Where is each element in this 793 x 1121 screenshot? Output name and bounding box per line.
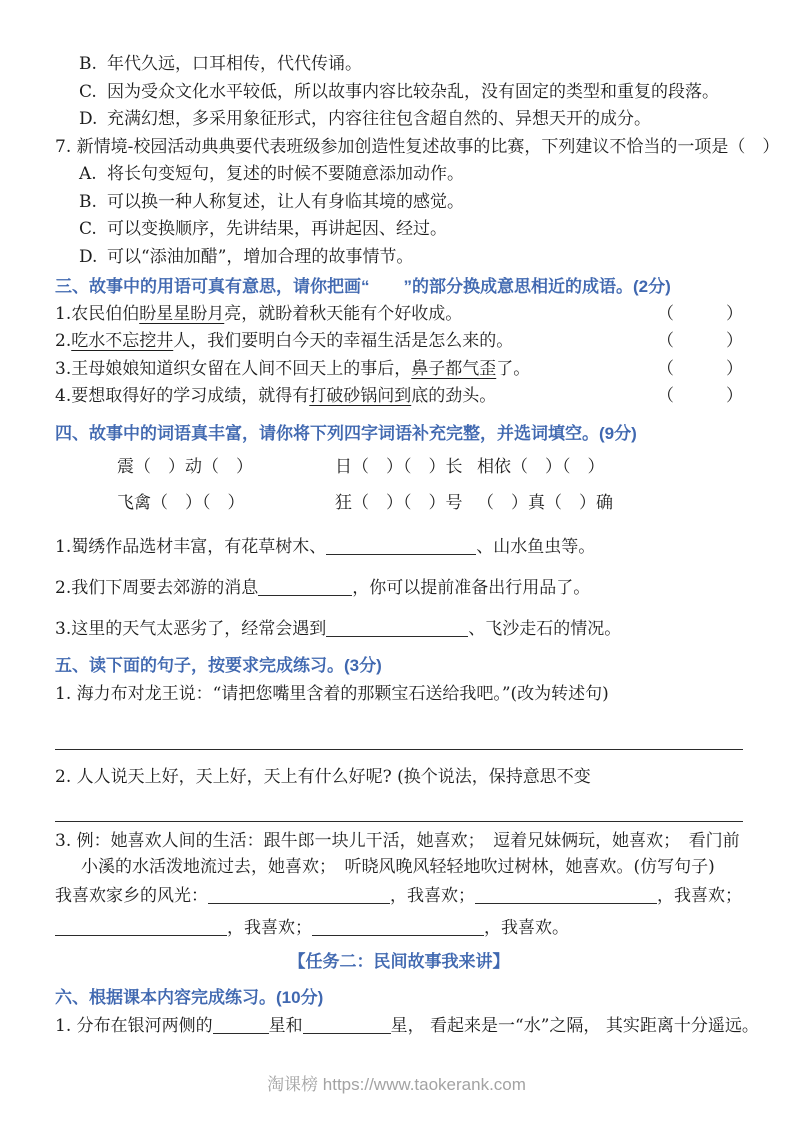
- word-slot: 飞禽（ ）（ ）: [117, 485, 335, 521]
- answer-parens: （）: [657, 328, 743, 356]
- option-text: 充满幻想，多采用象征形式，内容往往包含超自然的、异想天开的成分。: [107, 106, 651, 134]
- answer-blank: [475, 890, 657, 904]
- option-label: A.: [79, 161, 107, 189]
- option-text: 可以换一种人称复述，让人有身临其境的感觉。: [107, 189, 464, 217]
- underlined-phrase: 打破砂锅问到: [309, 386, 411, 406]
- mimic-sep: ，我喜欢；: [227, 918, 312, 938]
- option-label: C.: [79, 79, 107, 107]
- footer-watermark: 淘课榜 https://www.taokerank.com: [0, 1070, 793, 1095]
- answer-blank: [55, 922, 227, 936]
- section5-item-1: 1. 海力布对龙王说：“请把您嘴里含着的那颗宝石送给我吧。”(改为转述句): [55, 681, 743, 709]
- answer-parens: （）: [657, 301, 743, 329]
- section3-item-3: 3.王母娘娘知道织女留在人间不回天上的事后，鼻子都气歪了。 （）: [55, 356, 743, 384]
- q6-option-d: D. 充满幻想，多采用象征形式，内容往往包含超自然的、异想天开的成分。: [55, 106, 743, 134]
- worksheet-content: B. 年代久远，口耳相传，代代传诵。 C. 因为受众文化水平较低，所以故事内容比…: [0, 0, 793, 1041]
- option-text: 可以“添油加醋”，增加合理的故事情节。: [107, 244, 413, 272]
- section5-item-2: 2. 人人说天上好，天上好，天上有什么好呢? (换个说法，保持意思不变: [55, 764, 743, 792]
- answer-blank: [208, 890, 390, 904]
- item-number: 3.: [55, 619, 71, 639]
- answer-line: [55, 821, 743, 822]
- section4-fill-3: 3.这里的天气太恶劣了，经常会遇到、飞沙走石的情况。: [55, 616, 743, 644]
- option-label: D.: [79, 244, 107, 272]
- paren-close: ）: [726, 328, 743, 356]
- section3-item-4: 4.要想取得好的学习成绩，就得有打破砂锅问到底的劲头。 （）: [55, 383, 743, 411]
- option-text: 年代久远，口耳相传，代代传诵。: [107, 51, 362, 79]
- sentence-post: 人，我们要明白今天的幸福生活是怎么来的。: [173, 331, 513, 351]
- fill-mid: 星和: [269, 1016, 303, 1036]
- task2-banner: 【任务二：民间故事我来讲】: [55, 948, 743, 976]
- underlined-phrase: 鼻子都气歪: [411, 359, 496, 379]
- word-slot: 狂（ ）（ ）号: [335, 485, 477, 521]
- mimic-line-2: ，我喜欢；，我喜欢。: [55, 915, 743, 943]
- option-text: 因为受众文化水平较低，所以故事内容比较杂乱，没有固定的类型和重复的段落。: [107, 79, 719, 107]
- paren-open: （: [657, 328, 674, 356]
- word-grid-row2: 飞禽（ ）（ ） 狂（ ）（ ）号 （ ）真（ ）确: [55, 485, 743, 521]
- fill-post: 、山水鱼虫等。: [476, 537, 595, 557]
- sentence: 3.王母娘娘知道织女留在人间不回天上的事后，鼻子都气歪了。: [55, 356, 651, 384]
- sentence: 1.农民伯伯盼星星盼月亮，就盼着秋天能有个好收成。: [55, 301, 651, 329]
- fill-pre: 这里的天气太恶劣了，经常会遇到: [71, 619, 326, 639]
- section4-fill-1: 1.蜀绣作品选材丰富，有花草树木、、山水鱼虫等。: [55, 534, 743, 562]
- item-number: 3.: [55, 359, 71, 379]
- section5-item-3: 3. 例：她喜欢人间的生活：跟牛郎一块儿干活，她喜欢； 逗着兄妹俩玩，她喜欢； …: [55, 828, 743, 880]
- section6-item-1: 1. 分布在银河两侧的星和星， 看起来是一“水”之隔， 其实距离十分遥远。: [55, 1013, 743, 1041]
- paren-open: （: [657, 356, 674, 384]
- section3-title: 三、故事中的用语可真有意思，请你把画“ ”的部分换成意思相近的成语。(2分): [55, 273, 743, 301]
- section3-item-2: 2.吃水不忘挖井人，我们要明白今天的幸福生活是怎么来的。 （）: [55, 328, 743, 356]
- item-number: 4.: [55, 386, 71, 406]
- sentence-pre: 农民伯伯: [71, 304, 139, 324]
- paren-open: （: [657, 301, 674, 329]
- answer-blank: [213, 1020, 269, 1034]
- sentence-post: 亮，就盼着秋天能有个好收成。: [224, 304, 462, 324]
- word-slot: 日（ ）（ ）长: [335, 449, 477, 485]
- fill-pre: 我们下周要去郊游的消息: [71, 578, 258, 598]
- fill-post: 、飞沙走石的情况。: [468, 619, 621, 639]
- item-number: 1.: [55, 304, 71, 324]
- sentence-post: 了。: [496, 359, 530, 379]
- answer-parens: （）: [657, 383, 743, 411]
- paren-close: ）: [726, 301, 743, 329]
- underlined-phrase: 盼星星盼月: [139, 304, 224, 324]
- option-label: C.: [79, 216, 107, 244]
- option-label: B.: [79, 189, 107, 217]
- section3-item-1: 1.农民伯伯盼星星盼月亮，就盼着秋天能有个好收成。 （）: [55, 301, 743, 329]
- item-number: 2.: [55, 578, 71, 598]
- answer-blank: [326, 623, 468, 637]
- q7-option-b: B. 可以换一种人称复述，让人有身临其境的感觉。: [55, 189, 743, 217]
- section4-title: 四、故事中的词语真丰富，请你将下列四字词语补充完整，并选词填空。(9分): [55, 420, 743, 448]
- answer-line: [55, 749, 743, 750]
- fill-pre: 蜀绣作品选材丰富，有花草树木、: [71, 537, 326, 557]
- sentence: 2.吃水不忘挖井人，我们要明白今天的幸福生活是怎么来的。: [55, 328, 651, 356]
- answer-blank: [303, 1020, 391, 1034]
- mimic-end: ，我喜欢。: [484, 918, 569, 938]
- option-label: B.: [79, 51, 107, 79]
- answer-parens: （）: [657, 356, 743, 384]
- underlined-phrase: 吃水不忘挖井: [71, 331, 173, 351]
- mimic-lead: 我喜欢家乡的风光：: [55, 886, 208, 906]
- item-number: 1.: [55, 537, 71, 557]
- word-slot: 震（ ）动（ ）: [117, 449, 335, 485]
- q7-option-d: D. 可以“添油加醋”，增加合理的故事情节。: [55, 244, 743, 272]
- answer-blank: [312, 922, 484, 936]
- word-slot: 相依（ ）（ ）: [477, 449, 743, 485]
- q6-option-c: C. 因为受众文化水平较低，所以故事内容比较杂乱，没有固定的类型和重复的段落。: [55, 79, 743, 107]
- sentence-post: 底的劲头。: [411, 386, 496, 406]
- fill-post: 星， 看起来是一“水”之隔， 其实距离十分遥远。: [391, 1016, 759, 1036]
- fill-post: ，你可以提前准备出行用品了。: [352, 578, 590, 598]
- q6-option-b: B. 年代久远，口耳相传，代代传诵。: [55, 51, 743, 79]
- q7-stem: 7. 新情境-校园活动典典要代表班级参加创造性复述故事的比赛，下列建议不恰当的一…: [55, 134, 743, 162]
- q7-option-a: A. 将长句变短句，复述的时候不要随意添加动作。: [55, 161, 743, 189]
- answer-blank: [326, 541, 476, 555]
- fill-pre: 1. 分布在银河两侧的: [55, 1016, 213, 1036]
- section5-title: 五、读下面的句子，按要求完成练习。(3分): [55, 652, 743, 680]
- paren-open: （: [657, 383, 674, 411]
- word-grid-row1: 震（ ）动（ ） 日（ ）（ ）长 相依（ ）（ ）: [55, 449, 743, 485]
- section6-title: 六、根据课本内容完成练习。(10分): [55, 984, 743, 1012]
- sentence: 4.要想取得好的学习成绩，就得有打破砂锅问到底的劲头。: [55, 383, 651, 411]
- option-text: 将长句变短句，复述的时候不要随意添加动作。: [107, 161, 464, 189]
- mimic-line-1: 我喜欢家乡的风光：，我喜欢；，我喜欢；: [55, 883, 743, 911]
- paren-close: ）: [726, 356, 743, 384]
- option-label: D.: [79, 106, 107, 134]
- sentence-pre: 要想取得好的学习成绩，就得有: [71, 386, 309, 406]
- section4-fill-2: 2.我们下周要去郊游的消息，你可以提前准备出行用品了。: [55, 575, 743, 603]
- worksheet-page: B. 年代久远，口耳相传，代代传诵。 C. 因为受众文化水平较低，所以故事内容比…: [0, 0, 793, 1121]
- answer-blank: [258, 582, 352, 596]
- q7-option-c: C. 可以变换顺序，先讲结果，再讲起因、经过。: [55, 216, 743, 244]
- paren-close: ）: [726, 383, 743, 411]
- item-number: 2.: [55, 331, 71, 351]
- mimic-sep: ，我喜欢；: [657, 886, 742, 906]
- sentence-pre: 王母娘娘知道织女留在人间不回天上的事后，: [71, 359, 411, 379]
- option-text: 可以变换顺序，先讲结果，再讲起因、经过。: [107, 216, 447, 244]
- word-slot: （ ）真（ ）确: [477, 485, 743, 521]
- mimic-sep: ，我喜欢；: [390, 886, 475, 906]
